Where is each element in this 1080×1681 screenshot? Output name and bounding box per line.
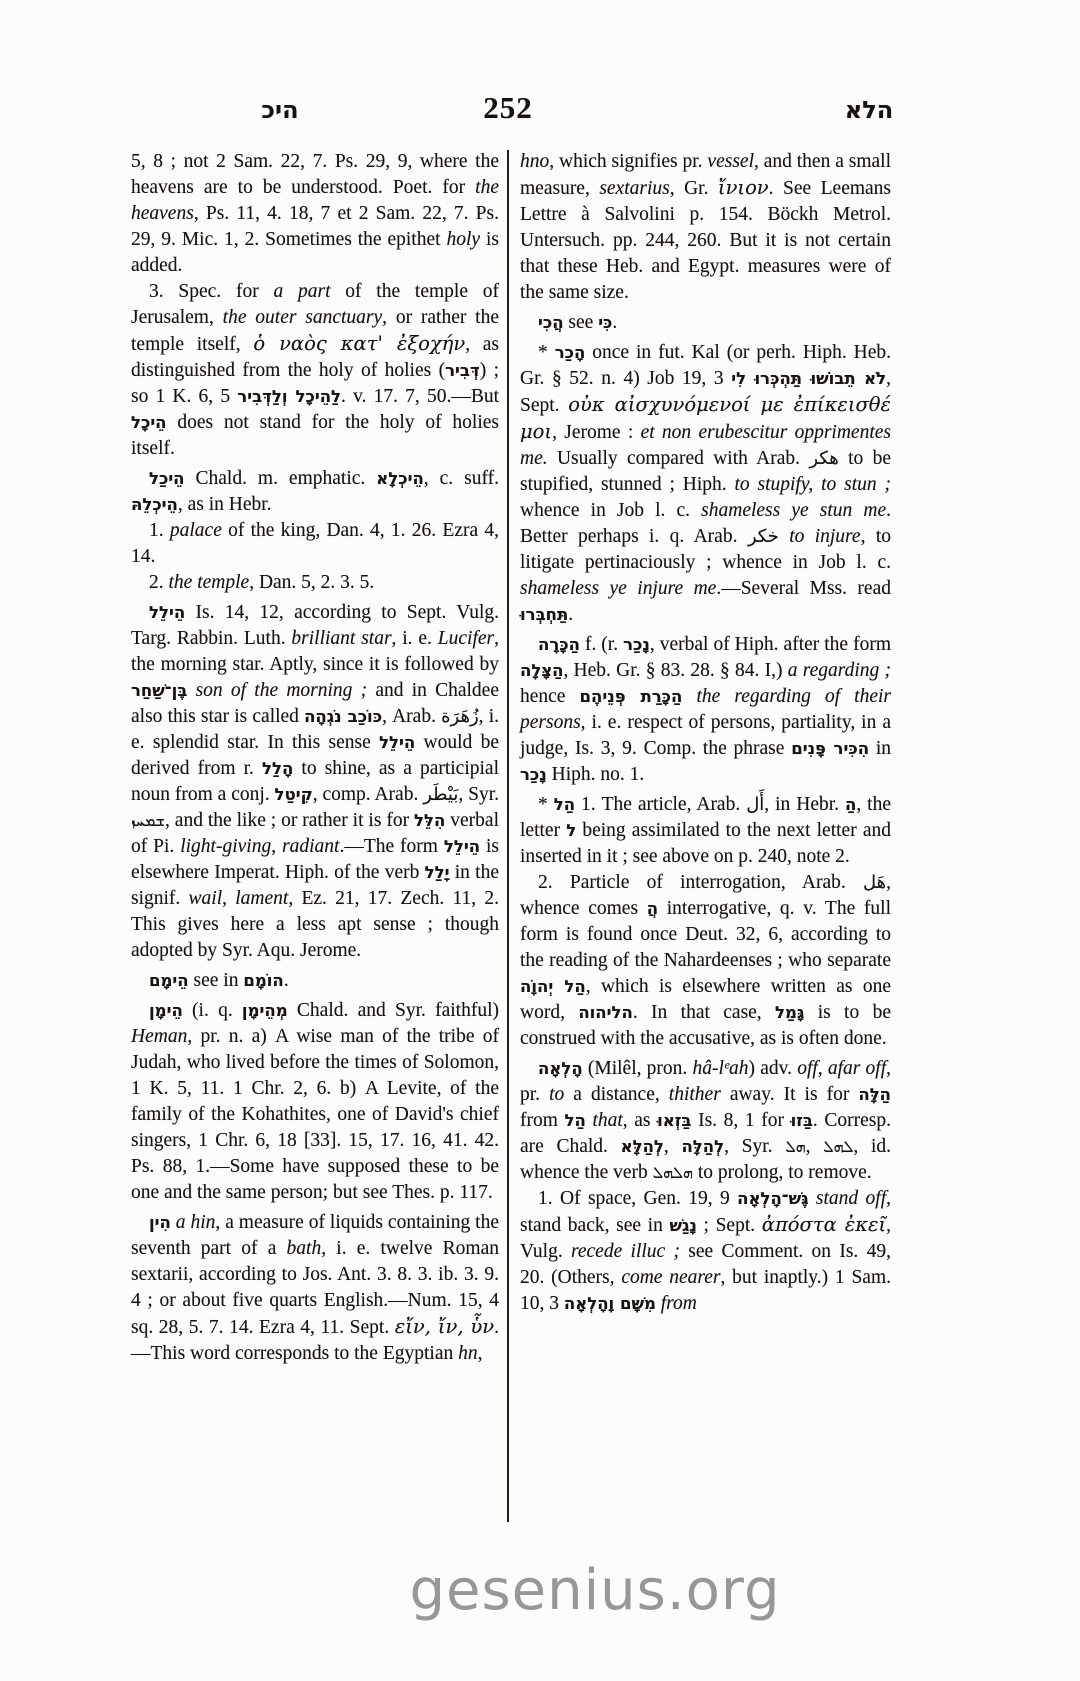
paragraph: הִין a hin, a measure of liquids contain… (131, 1210, 499, 1367)
text-run (187, 680, 195, 701)
text-run: Lucifer (438, 628, 494, 649)
text-run: 2. (149, 572, 169, 593)
text-run: hno (520, 151, 549, 172)
text-run: לַהֵיכָל וְלַדְּבִיר (237, 387, 341, 406)
text-run: הוֹמָם (243, 971, 283, 990)
text-run: , (271, 836, 282, 857)
text-run: הֵימָם (149, 971, 189, 990)
text-run: תַּחְבְּרוּ (520, 605, 568, 624)
text-run: (Milêl, pron. (583, 1058, 693, 1079)
text-run: הֵילֵל (149, 603, 185, 622)
paragraph: 2. Particle of interrogation, Arab. هَل,… (520, 870, 891, 1052)
text-run: גָּמַל (775, 1003, 804, 1022)
text-run: הָכַר (555, 343, 586, 362)
text-run: ܗܠܗܠ (653, 1163, 693, 1182)
text-run: , Syr. (724, 1136, 785, 1157)
text-run: , (478, 1343, 483, 1364)
text-run: to injure (789, 526, 860, 547)
text-run: ; Sept. (697, 1215, 762, 1236)
text-run: .—Several Mss. read (716, 578, 891, 599)
text-run: Chald. m. emphatic. (185, 468, 377, 489)
text-run: הַלָּה (858, 1085, 891, 1104)
text-run: brilliant star (291, 628, 391, 649)
text-run: wail (189, 888, 223, 909)
paragraph: hno, which signifies pr. vessel, and the… (520, 149, 891, 306)
text-run: that (592, 1110, 622, 1131)
text-run: f. (r. (580, 634, 623, 655)
text-run: .—The form (339, 836, 443, 857)
text-run: הַ (845, 795, 856, 814)
paragraph: 2. the temple, Dan. 5, 2. 3. 5. (131, 570, 499, 596)
text-run: , as in Hebr. (178, 494, 272, 515)
text-run: to stupify, to stun ; (734, 474, 891, 495)
text-run: 3. Spec. for (149, 281, 273, 302)
text-run: a part (273, 281, 330, 302)
paragraph: 3. Spec. for a part of the temple of Jer… (131, 279, 499, 462)
text-run: son of the morning ; (196, 680, 368, 701)
paragraph: 1. Of space, Gen. 19, 9 גֶּשׁ־הָלְאָה st… (520, 1186, 891, 1317)
text-run: , as (623, 1110, 657, 1131)
paragraph: * הַל 1. The article, Arab. أَل, in Hebr… (520, 792, 891, 870)
text-run (682, 686, 696, 707)
text-run: הִלֵּל (414, 811, 445, 830)
text-run: whence in Job l. c. (520, 500, 701, 521)
paragraph: 5, 8 ; not 2 Sam. 22, 7. Ps. 29, 9, wher… (131, 149, 499, 279)
text-run: Hiph. no. 1. (547, 764, 645, 785)
text-run: εἴν, ἴν, ὗν (395, 1315, 494, 1338)
text-run: נָכַר (623, 635, 650, 654)
text-run: , Gr. (670, 178, 718, 199)
paragraph: 1. palace of the king, Dan. 4, 1. 26. Ez… (131, 518, 499, 570)
text-run: light-giving (180, 836, 271, 857)
text-run: هَل (863, 872, 886, 893)
text-run: , in Hebr. (764, 794, 845, 815)
text-run: הָלְאָה (538, 1059, 583, 1078)
text-run: . (612, 312, 617, 333)
paragraph: הֵימָם see in הוֹמָם. (131, 968, 499, 994)
text-run: לֹא תֵבוֹשׁוּ תַּהְכְּרוּ לִי (731, 369, 886, 388)
text-run: הֵימָן (149, 1001, 183, 1020)
text-run: , pr. n. a) A wise man of the tribe of J… (131, 1026, 499, 1203)
text-run: . (284, 970, 289, 991)
column-divider-rule (507, 150, 509, 1522)
text-run: to prolong, to remove. (693, 1162, 872, 1183)
text-run: , Syr. (458, 784, 499, 805)
text-run: ל (566, 821, 576, 840)
text-run: the outer sanctuary (223, 307, 383, 328)
text-run: נָגַשׁ (670, 1216, 697, 1235)
text-run: הליהוה (578, 1003, 633, 1022)
text-run: קִיטַל (275, 785, 313, 804)
text-run: הַכָּרָה (538, 635, 580, 654)
paragraph: הָלְאָה (Milêl, pron. hâ-lᵉah) adv. off,… (520, 1056, 891, 1186)
text-run: stand off (816, 1188, 886, 1209)
text-run: in (869, 738, 891, 759)
text-run: הֵיכַל (149, 469, 185, 488)
text-run: . (568, 604, 573, 625)
text-run: בֶּן־שַׁחַר (131, 681, 187, 700)
text-run: , verbal of Hiph. after the form (650, 634, 891, 655)
text-run: come nearer (621, 1267, 720, 1288)
header-catchword-right: הלא (845, 96, 893, 124)
text-run: גֶּשׁ־הָלְאָה (737, 1189, 808, 1208)
text-run: a distance, (564, 1084, 669, 1105)
text-run: from (661, 1293, 697, 1314)
text-run: thither (669, 1084, 721, 1105)
text-run: lament (235, 888, 288, 909)
paragraph: הֲכִי see כִּי. (520, 310, 891, 336)
text-run: . In that case, (633, 1002, 775, 1023)
text-run: , i. e. (392, 628, 438, 649)
text-run: הִכִּיר פָּנִים (791, 739, 869, 758)
text-run: מְהֵימָן (242, 1001, 288, 1020)
text-run: 1. Of space, Gen. 19, 9 (538, 1188, 737, 1209)
text-run: לְהַלָּה (681, 1137, 724, 1156)
text-run: Is. 8, 1 for (691, 1110, 790, 1131)
text-run: to (549, 1084, 564, 1105)
text-run: ἴνιον (718, 176, 769, 199)
text-run: , Arab. (382, 706, 441, 727)
watermark: gesenius.org (0, 1558, 1080, 1623)
text-run: Usually compared with Arab. (548, 448, 810, 469)
text-run: does not stand for the holy of holies it… (131, 412, 499, 459)
text-run: بَيْطَر (423, 784, 458, 805)
text-run: . v. 17. 7, 50.—But (341, 386, 499, 407)
text-run: * (538, 794, 554, 815)
text-run: holy (446, 229, 480, 250)
text-run: hn (458, 1343, 478, 1364)
dictionary-page: היכ 252 הלא 5, 8 ; not 2 Sam. 22, 7. Ps.… (0, 0, 1080, 1681)
text-run: כּוֹכַב נֹגְהָה (304, 707, 382, 726)
text-run: הֵיכְלֵהּ (131, 495, 178, 514)
paragraph: הֵילֵל Is. 14, 12, according to Sept. Vu… (131, 600, 499, 964)
text-run: hâ-lᵉah (693, 1058, 749, 1079)
left-column: 5, 8 ; not 2 Sam. 22, 7. Ps. 29, 9, wher… (131, 149, 499, 1367)
text-run: shameless ye stun me (701, 500, 886, 521)
text-run: הֵיכָל (131, 413, 167, 432)
text-run: , c. suff. (424, 468, 499, 489)
text-run: Heman (131, 1026, 187, 1047)
text-run: away. It is for (721, 1084, 859, 1105)
text-run: , Heb. Gr. § 83. 28. § 84. I,) (563, 660, 787, 681)
text-run: * (538, 342, 555, 363)
text-run: לְהַלָּא (621, 1137, 664, 1156)
text-run: a regarding ; (788, 660, 891, 681)
text-run: , and the like ; or rather it is for (165, 810, 414, 831)
paragraph: הֵיכַל Chald. m. emphatic. הֵיכְלָא, c. … (131, 466, 499, 518)
text-run: bath (287, 1238, 322, 1259)
text-run: הַל (565, 1111, 586, 1130)
text-run: הַל יְהוָֹה (520, 977, 586, 996)
text-run: ܫܡܚܙ (131, 811, 165, 830)
text-run: see (564, 312, 599, 333)
text-run: ܗܠ (785, 1137, 805, 1156)
paragraph: הַכָּרָה f. (r. נָכַר, verbal of Hiph. a… (520, 632, 891, 788)
text-run: דְּבִיר (445, 361, 480, 380)
text-run: خكر (748, 526, 779, 547)
text-run: being assimilated to the next letter and… (520, 820, 891, 867)
text-run: , which signifies pr. (549, 151, 707, 172)
text-run: הַכָּרַת פְּנֵיהֶם (580, 687, 683, 706)
text-run: , (806, 1136, 824, 1157)
text-run: הֵילֵל (444, 837, 480, 856)
text-run: בַּזְאוּ (657, 1111, 691, 1130)
text-run: recede illuc ; (571, 1241, 680, 1262)
text-run: הֵילֵל (379, 733, 415, 752)
text-run: see in (189, 970, 244, 991)
text-run: زُهَرَة (441, 706, 479, 727)
text-run: נָכַר (520, 765, 547, 784)
text-run: הֵיכְלָא (376, 469, 424, 488)
text-run: , (664, 1136, 682, 1157)
text-run: hence (520, 686, 580, 707)
text-run: Chald. and Syr. faithful) (288, 1000, 499, 1021)
header-catchword-left: היכ (261, 96, 298, 124)
paragraph: * הָכַר once in fut. Kal (or perh. Hiph.… (520, 340, 891, 628)
text-run: יָלַל (425, 863, 450, 882)
text-run: shameless ye injure me (520, 578, 716, 599)
text-run: מִשָּׁם וָהָלְאָה (564, 1294, 656, 1313)
text-run: הָלַל (262, 759, 293, 778)
text-run: 2. Particle of interrogation, Arab. (538, 872, 863, 893)
text-run: , (222, 888, 235, 909)
text-run: 1. The article, Arab. (575, 794, 746, 815)
text-run: הַל (554, 795, 575, 814)
text-run: הֲכִי (538, 313, 564, 332)
text-run: sextarius (599, 178, 669, 199)
paragraph: הֵימָן (i. q. מְהֵימָן Chald. and Syr. f… (131, 998, 499, 1206)
text-run: from (520, 1110, 565, 1131)
text-run: the temple (169, 572, 250, 593)
text-run: أَل (746, 794, 764, 815)
text-run: a hin (176, 1212, 216, 1233)
text-run (779, 526, 789, 547)
page-number: 252 (483, 90, 533, 126)
text-run: הֲ (647, 899, 658, 918)
text-run: radiant (282, 836, 339, 857)
text-run: בַּזוּ (791, 1111, 813, 1130)
text-run: 1. (149, 520, 170, 541)
text-run: 5, 8 ; not 2 Sam. 22, 7. Ps. 29, 9, wher… (131, 151, 499, 198)
text-run: (i. q. (183, 1000, 242, 1021)
text-run: ) adv. (749, 1058, 798, 1079)
text-run: ܠܗܠ (823, 1137, 853, 1156)
text-run: palace (170, 520, 222, 541)
text-run (809, 1188, 816, 1209)
text-run: כִּי (598, 313, 612, 332)
text-run: , Jerome : (552, 422, 641, 443)
text-run: , Dan. 5, 2. 3. 5. (249, 572, 374, 593)
text-run: הַצָּלָה (520, 661, 563, 680)
text-run: , comp. Arab. (313, 784, 423, 805)
text-run: הִין (149, 1213, 171, 1232)
text-run: ἀπόστα ἐκεῖ (762, 1213, 886, 1236)
right-column: hno, which signifies pr. vessel, and the… (520, 149, 891, 1317)
text-run: vessel (707, 151, 754, 172)
text-run: off, afar off (797, 1058, 886, 1079)
text-run: ὁ ναὸς κατ' ἐξοχήν (253, 332, 465, 355)
text-run: هكر (809, 448, 838, 469)
